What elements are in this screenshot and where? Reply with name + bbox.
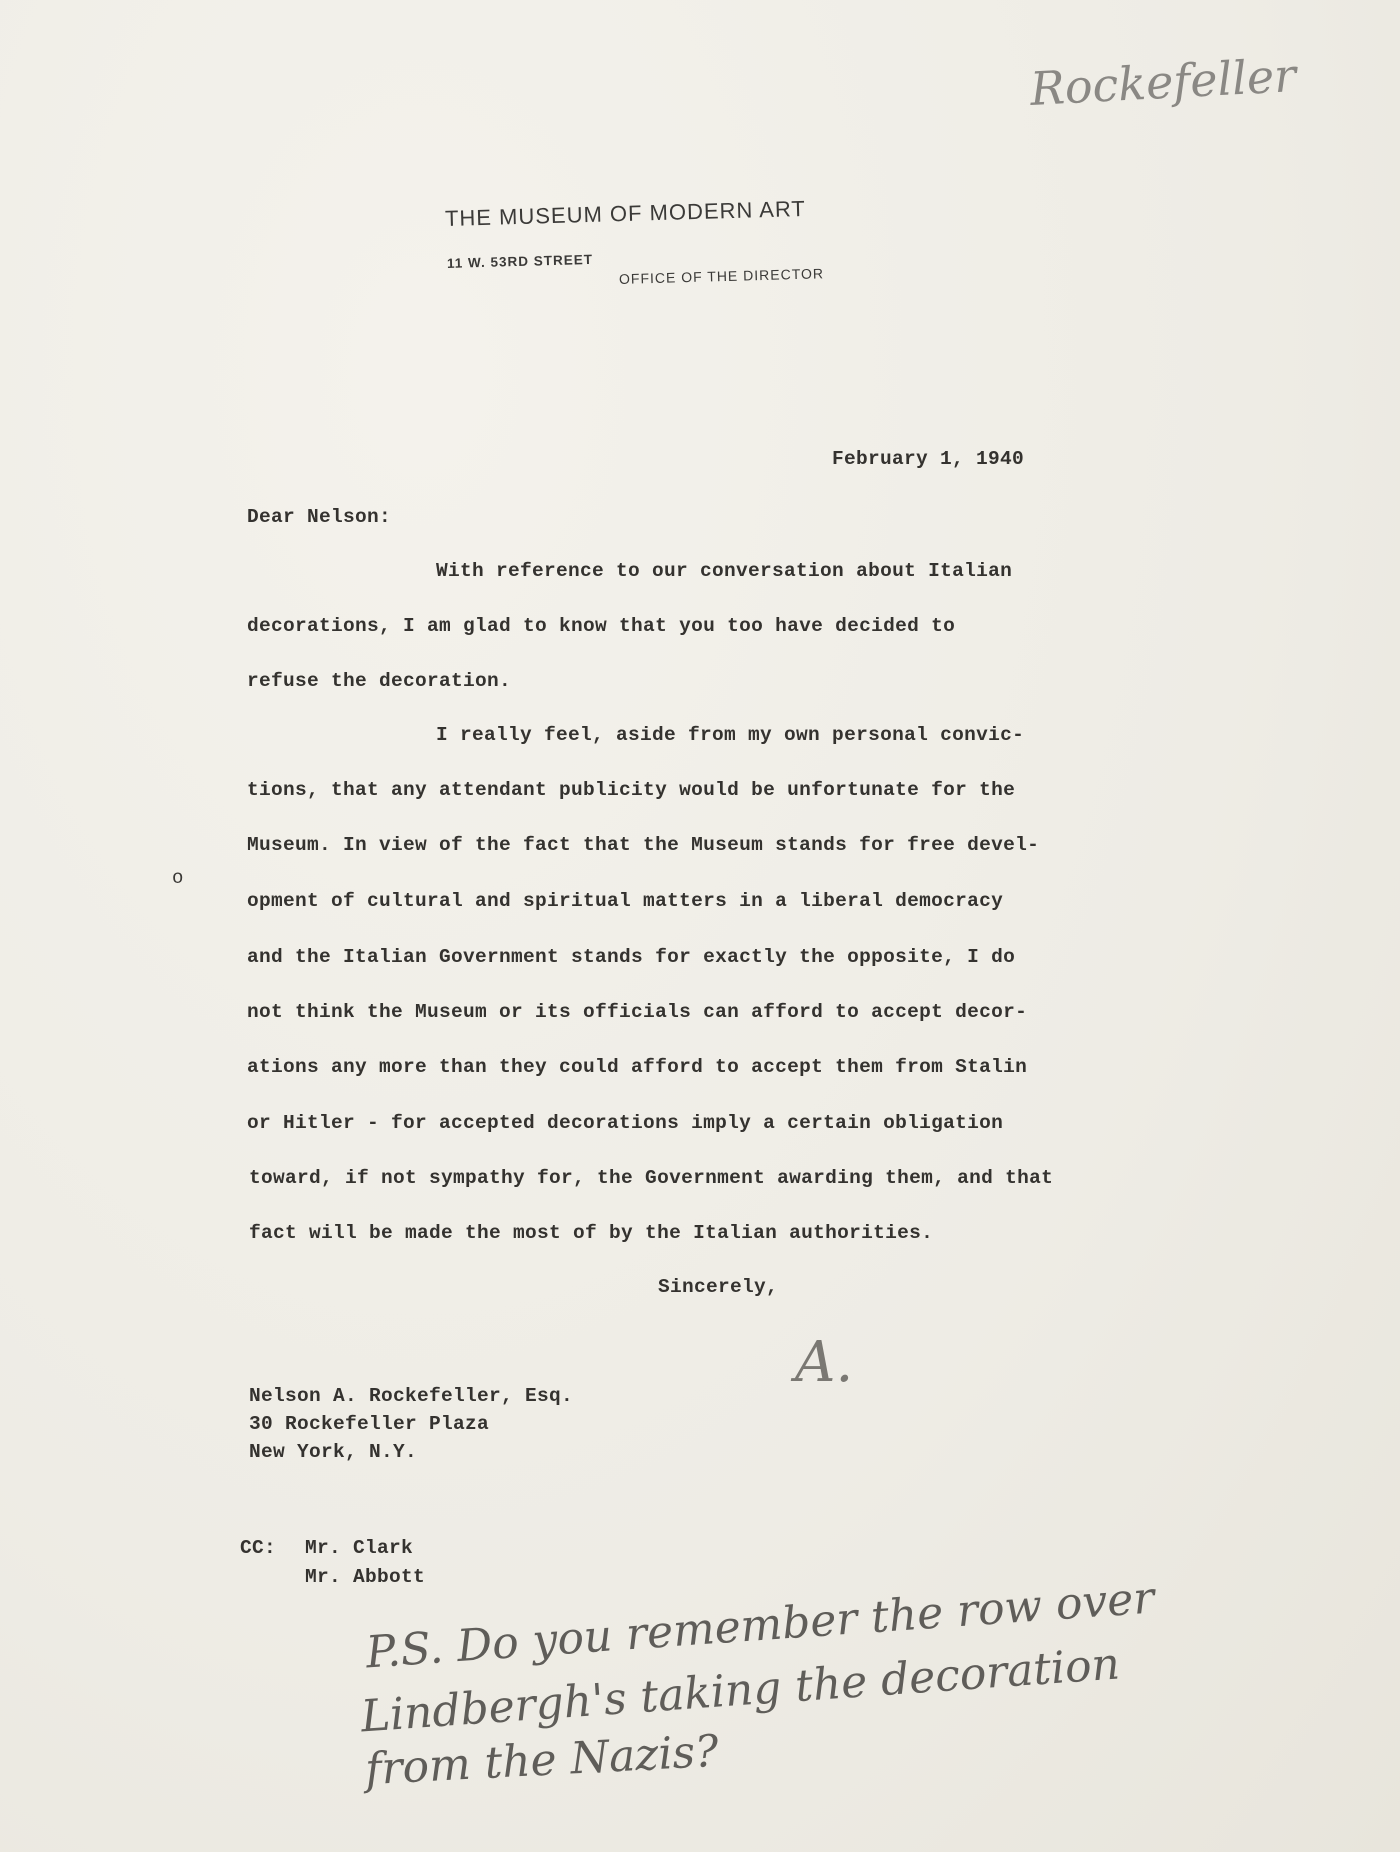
cc-label: CC: [240, 1537, 276, 1559]
body-line: ations any more than they could afford t… [247, 1056, 1027, 1078]
body-line: I really feel, aside from my own persona… [436, 724, 1024, 746]
cc-name: Mr. Abbott [305, 1566, 425, 1588]
handwritten-initial: A. [795, 1330, 853, 1395]
recipient-name: Nelson A. Rockefeller, Esq. [249, 1385, 573, 1407]
body-line: Museum. In view of the fact that the Mus… [247, 834, 1039, 856]
body-line: decorations, I am glad to know that you … [247, 615, 955, 637]
cc-name: Mr. Clark [305, 1537, 413, 1559]
margin-mark: o [172, 867, 183, 889]
body-line: opment of cultural and spiritual matters… [247, 890, 1003, 912]
body-line: refuse the decoration. [247, 670, 511, 692]
body-line: and the Italian Government stands for ex… [247, 946, 1015, 968]
body-line: fact will be made the most of by the Ita… [249, 1222, 933, 1244]
body-line: not think the Museum or its officials ca… [247, 1001, 1027, 1023]
recipient-city: New York, N.Y. [249, 1441, 417, 1463]
body-line: toward, if not sympathy for, the Governm… [249, 1167, 1053, 1189]
closing: Sincerely, [658, 1276, 778, 1298]
body-line: With reference to our conversation about… [436, 560, 1012, 582]
salutation: Dear Nelson: [247, 506, 391, 528]
recipient-street: 30 Rockefeller Plaza [249, 1413, 489, 1435]
body-line: or Hitler - for accepted decorations imp… [247, 1112, 1003, 1134]
letter-date: February 1, 1940 [832, 448, 1024, 470]
body-line: tions, that any attendant publicity woul… [247, 779, 1015, 801]
